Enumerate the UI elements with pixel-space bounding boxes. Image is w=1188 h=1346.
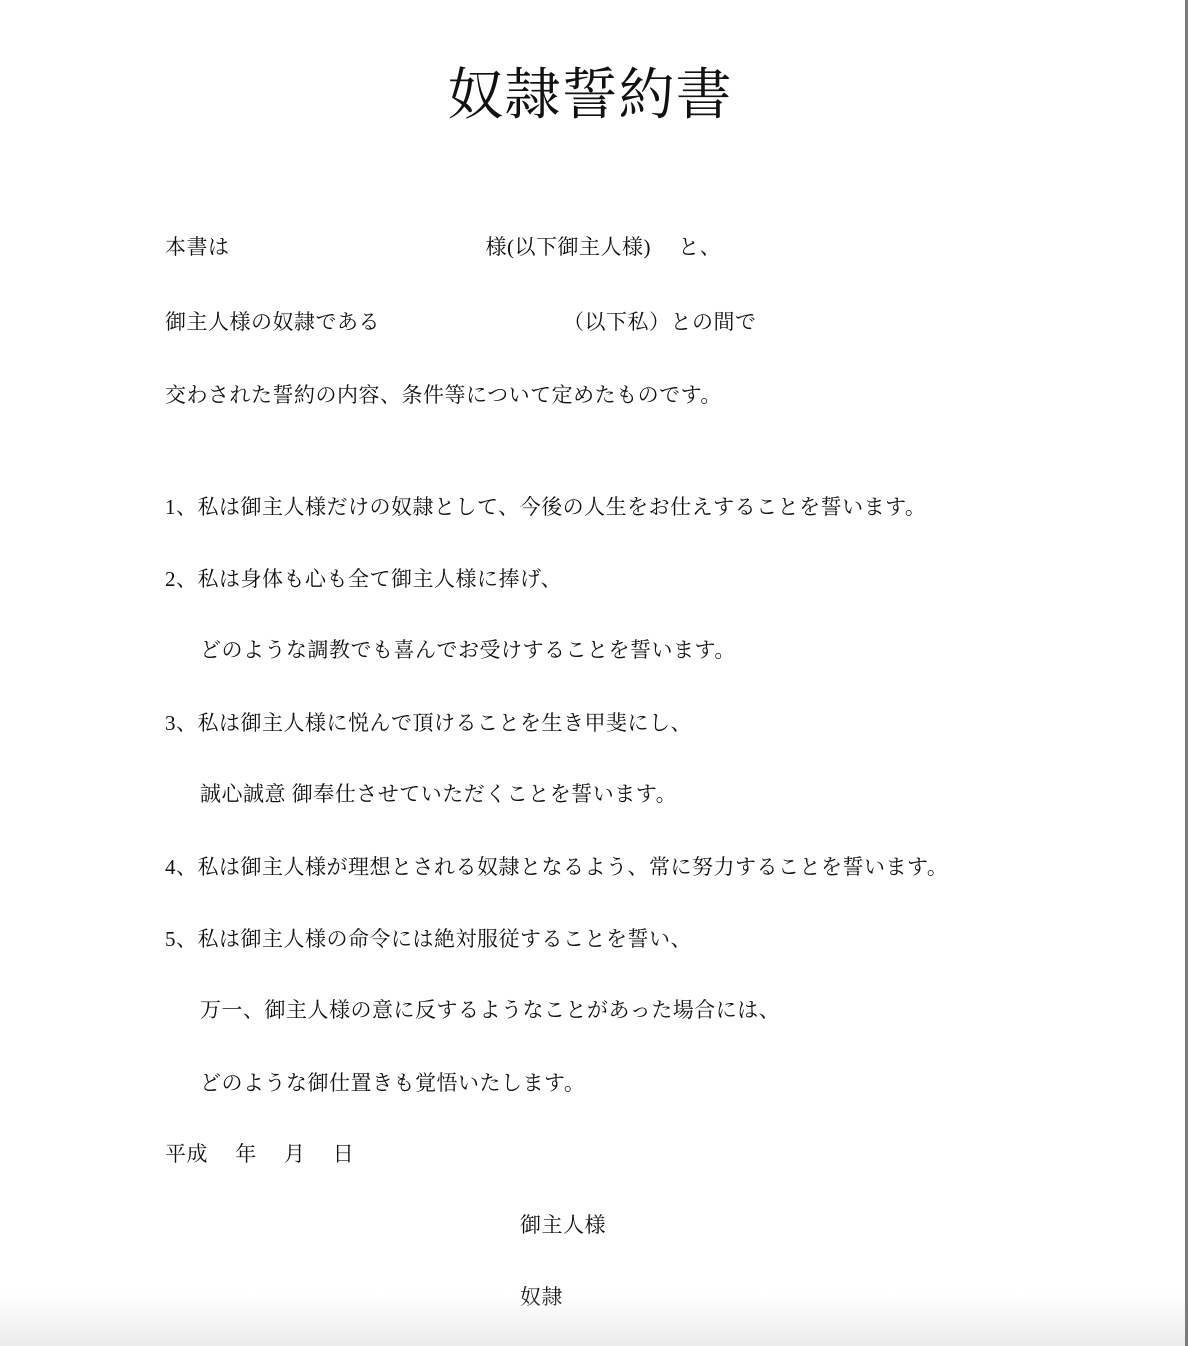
- document-title: 奴隷誓約書: [0, 68, 1180, 124]
- intro-line-1: 本書は様(以下御主人様) と、: [165, 236, 721, 259]
- date-line: 平成 年 月 日: [165, 1143, 354, 1166]
- clause-4: 4、私は御主人様が理想とされる奴隷となるよう、常に努力することを誓います。: [165, 856, 948, 879]
- intro-line-2-prefix: 御主人様の奴隷である: [165, 310, 380, 334]
- signature-master-label: 御主人様: [520, 1214, 606, 1237]
- clause-3: 3、私は御主人様に悦んで頂けることを生き甲斐にし、: [165, 712, 692, 735]
- slave-name-blank: [380, 328, 563, 329]
- clause-5: 5、私は御主人様の命令には絶対服従することを誓い、: [165, 928, 692, 951]
- clause-1: 1、私は御主人様だけの奴隷として、今後の人生をお仕えすることを誓います。: [165, 496, 926, 519]
- master-name-blank: [230, 253, 486, 254]
- intro-line-1-prefix: 本書は: [165, 235, 230, 259]
- clause-2-continuation: どのような調教でも喜んでお受けすることを誓います。: [200, 639, 736, 662]
- intro-line-2-suffix: （以下私）との間で: [563, 310, 757, 334]
- intro-line-2: 御主人様の奴隷である（以下私）との間で: [165, 311, 757, 334]
- intro-line-3: 交わされた誓約の内容、条件等について定めたものです。: [165, 384, 722, 407]
- clause-2: 2、私は身体も心も全て御主人様に捧げ、: [165, 568, 562, 591]
- clause-5-continuation-2: どのような御仕置きも覚悟いたします。: [200, 1072, 585, 1095]
- intro-line-1-suffix: 様(以下御主人様) と、: [486, 235, 722, 259]
- clause-5-continuation-1: 万一、御主人様の意に反するようなことがあった場合には、: [200, 999, 780, 1022]
- document-page: 奴隷誓約書 本書は様(以下御主人様) と、 御主人様の奴隷である（以下私）との間…: [0, 0, 1188, 1346]
- clause-3-continuation: 誠心誠意 御奉仕させていただくことを誓います。: [200, 783, 677, 806]
- page-bottom-shadow: [0, 1294, 1185, 1346]
